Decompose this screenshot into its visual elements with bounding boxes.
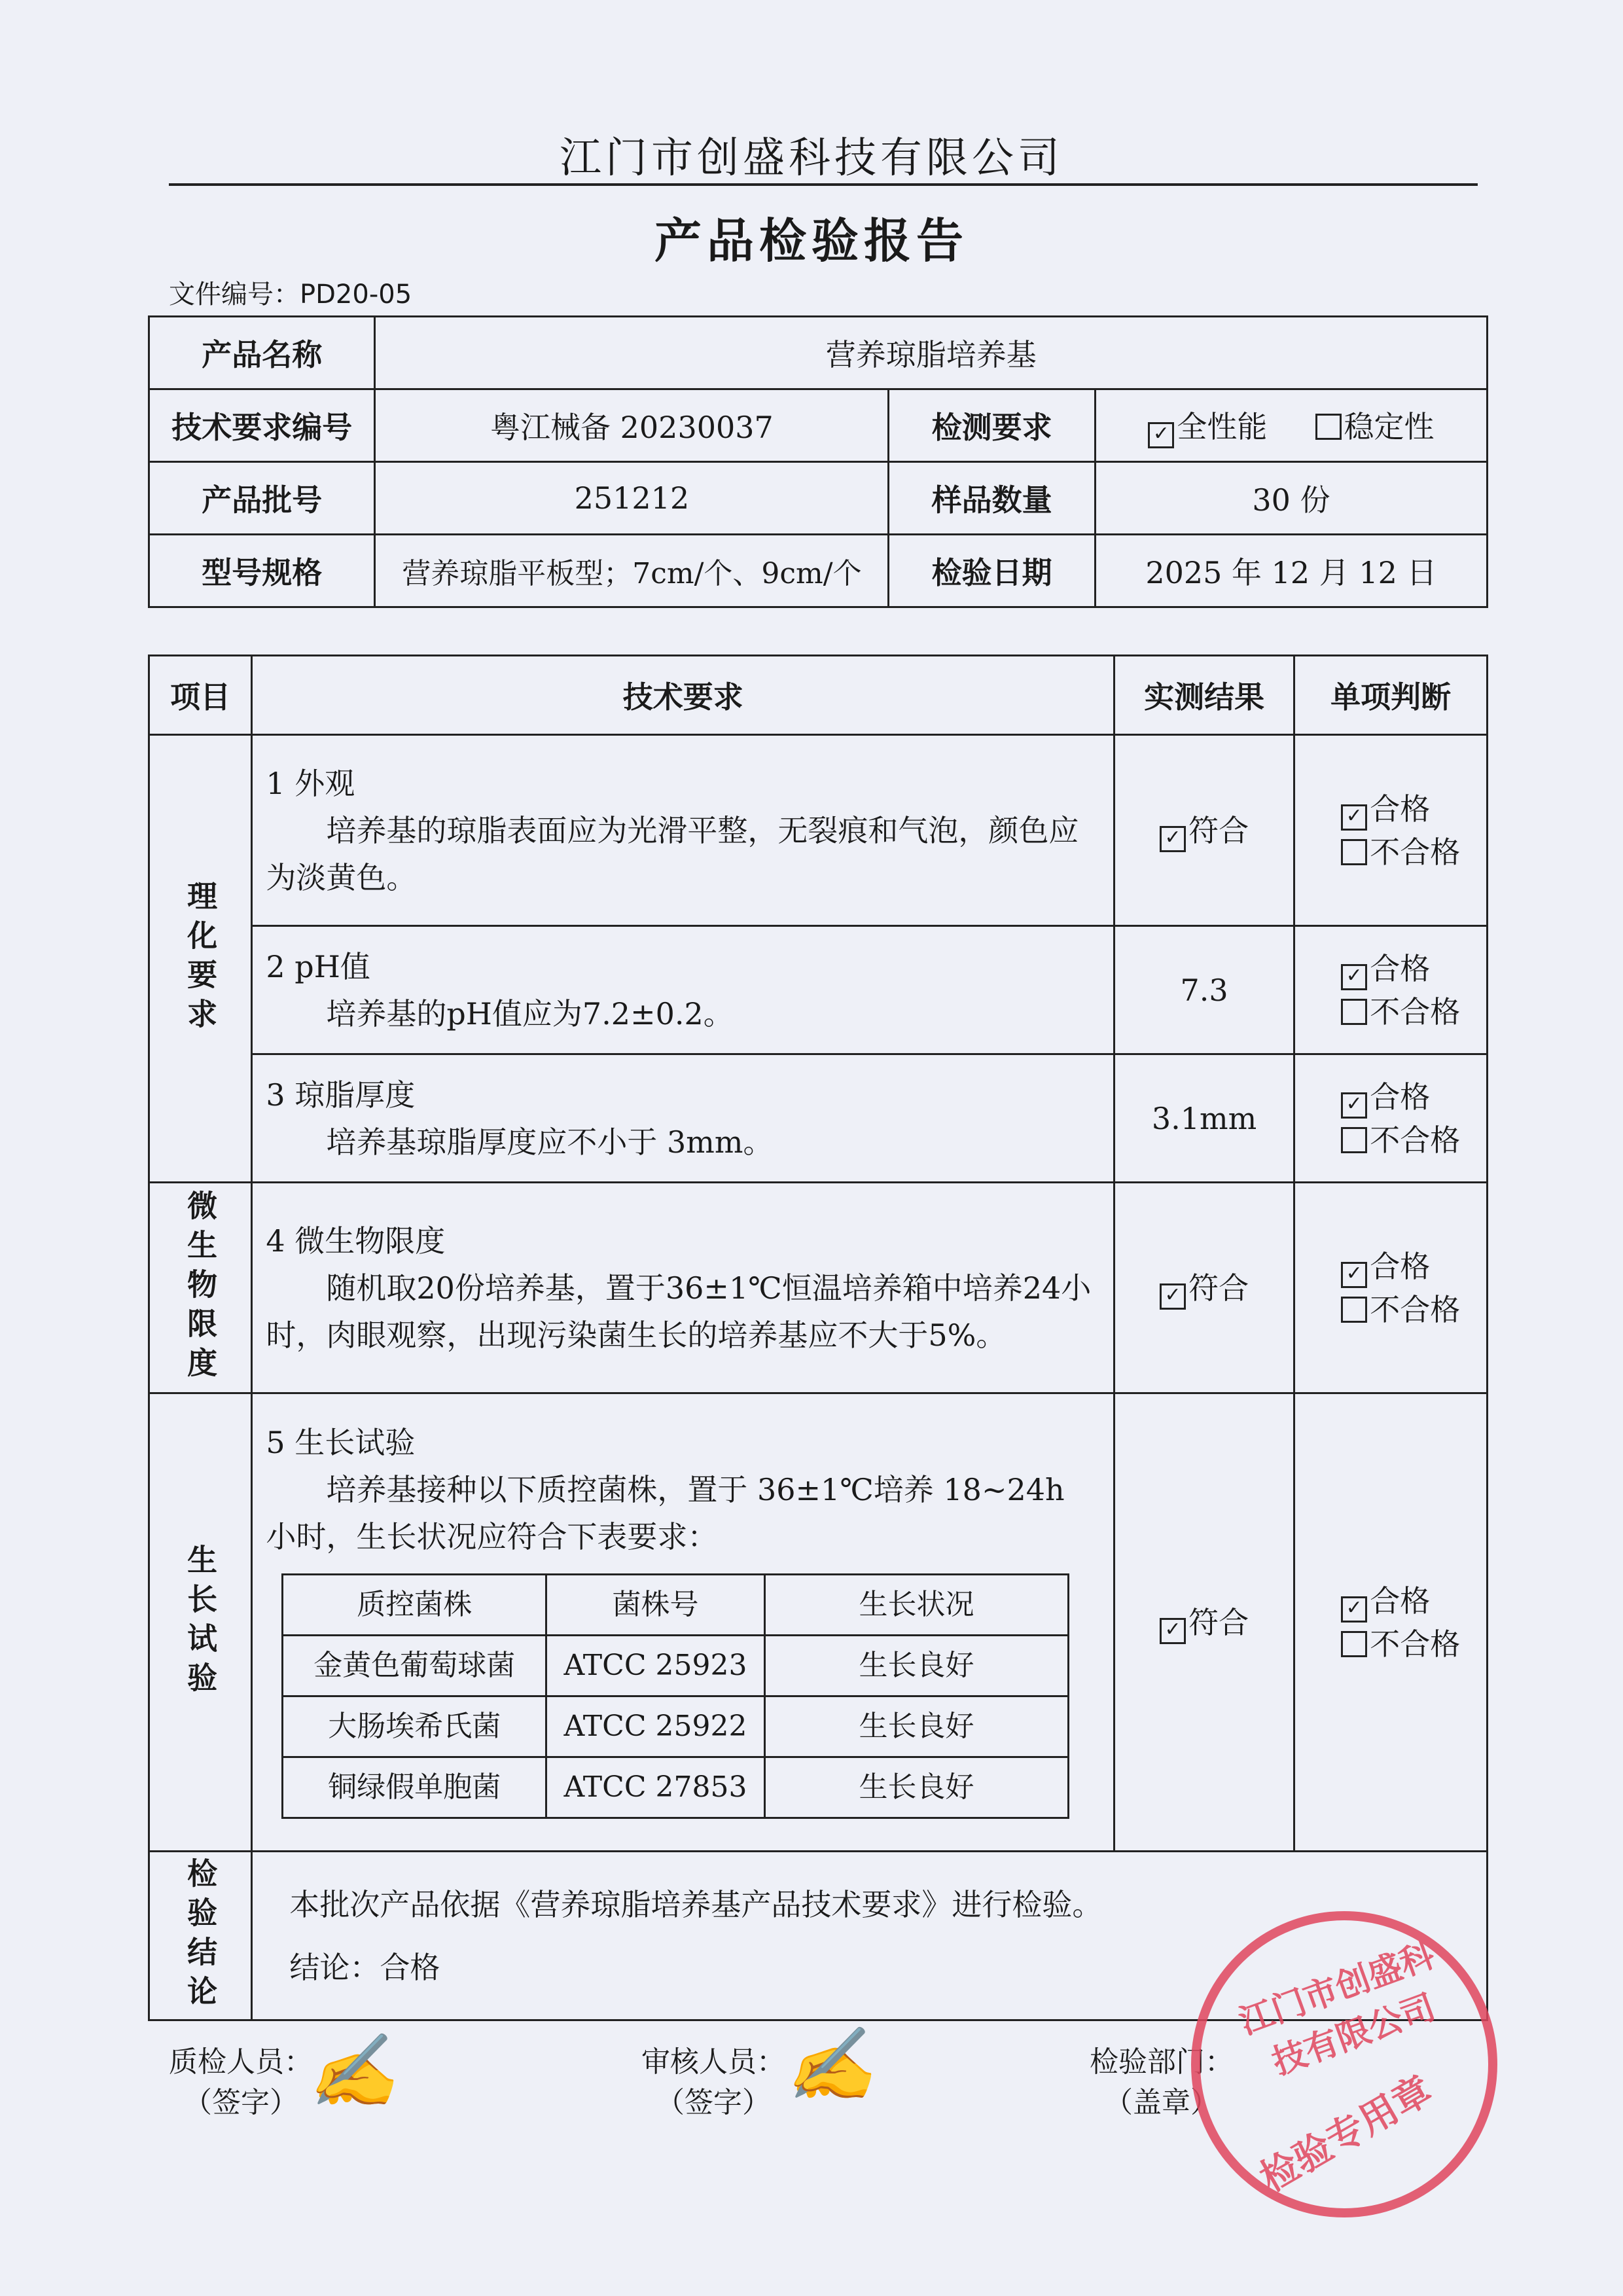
group-microbe-label: 微生物限度 bbox=[179, 1190, 222, 1386]
strain-col-id: 菌株号 bbox=[546, 1575, 764, 1636]
model-value: 营养琼脂平板型；7cm/个、9cm/个 bbox=[375, 535, 889, 607]
inspection-table: 项目 技术要求 实测结果 单项判断 理化要求 1 外观培养基的琼脂表面应为光滑平… bbox=[148, 655, 1488, 2021]
item-title: 1 外观 bbox=[266, 766, 355, 801]
group-conclusion-label: 检验结论 bbox=[179, 1857, 222, 2015]
stability-label: 稳定性 bbox=[1344, 409, 1435, 444]
pass-checkbox[interactable]: ✓ bbox=[1341, 1596, 1367, 1623]
doc-no-value: PD20-05 bbox=[300, 279, 412, 310]
group-conclusion: 检验结论 bbox=[149, 1852, 252, 2020]
result-value: 符合 bbox=[1188, 1270, 1249, 1306]
doc-no-label: 文件编号： bbox=[169, 279, 300, 310]
document-number: 文件编号：PD20-05 bbox=[169, 274, 412, 311]
reviewer-label: 审核人员： bbox=[641, 2042, 785, 2083]
test-req-label: 检测要求 bbox=[889, 389, 1095, 462]
result-checkbox[interactable]: ✓ bbox=[1160, 1283, 1186, 1310]
test-date-value: 2025 年 12 月 12 日 bbox=[1095, 535, 1487, 607]
item-title: 4 微生物限度 bbox=[266, 1223, 445, 1259]
inspection-header-row: 项目 技术要求 实测结果 单项判断 bbox=[149, 656, 1488, 735]
result-value: 符合 bbox=[1188, 1605, 1249, 1640]
item-row-growth: 生长试验 5 生长试验 培养基接种以下质控菌株，置于 36±1℃培养 18~24… bbox=[149, 1393, 1488, 1852]
fail-checkbox[interactable] bbox=[1341, 1127, 1367, 1153]
strain-row: 大肠埃希氏菌 ATCC 25922 生长良好 bbox=[283, 1696, 1069, 1757]
company-stamp: 江门市创盛科技有限公司 检验专用章 bbox=[1191, 1911, 1497, 2217]
test-req-options: ✓全性能 稳定性 bbox=[1095, 389, 1487, 462]
header-rule bbox=[169, 183, 1478, 186]
col-header-requirement: 技术要求 bbox=[252, 656, 1115, 735]
fail-checkbox[interactable] bbox=[1341, 1297, 1367, 1323]
fail-label: 不合格 bbox=[1370, 1122, 1460, 1158]
item-row-thickness: 3 琼脂厚度培养基琼脂厚度应不小于 3mm。 3.1mm ✓合格 不合格 bbox=[149, 1054, 1488, 1183]
tech-req-no-label: 技术要求编号 bbox=[149, 389, 375, 462]
reviewer-signature: ✍ bbox=[785, 2022, 875, 2107]
group-physchem: 理化要求 bbox=[149, 735, 252, 1183]
company-name: 江门市创盛科技有限公司 bbox=[0, 124, 1623, 185]
strain-header-row: 质控菌株 菌株号 生长状况 bbox=[283, 1575, 1069, 1636]
pass-label: 合格 bbox=[1370, 791, 1430, 827]
strain-col-name: 质控菌株 bbox=[283, 1575, 546, 1636]
model-label: 型号规格 bbox=[149, 535, 375, 607]
result-value: 符合 bbox=[1188, 813, 1249, 848]
product-name-label: 产品名称 bbox=[149, 317, 375, 389]
result-value: 7.3 bbox=[1115, 926, 1294, 1054]
item-desc: 培养基的pH值应为7.2±0.2。 bbox=[266, 990, 1100, 1037]
pass-checkbox[interactable]: ✓ bbox=[1341, 1262, 1367, 1288]
inspector-signature: ✍ bbox=[308, 2029, 397, 2113]
reviewer-sub: （签字） bbox=[641, 2083, 785, 2123]
item-row-appearance: 理化要求 1 外观培养基的琼脂表面应为光滑平整，无裂痕和气泡，颜色应为淡黄色。 … bbox=[149, 735, 1488, 926]
pass-label: 合格 bbox=[1370, 1079, 1430, 1115]
pass-label: 合格 bbox=[1370, 1249, 1430, 1284]
product-name-value: 营养琼脂培养基 bbox=[375, 317, 1488, 389]
sample-qty-label: 样品数量 bbox=[889, 462, 1095, 535]
sample-qty-value: 30 份 bbox=[1095, 462, 1487, 535]
col-header-result: 实测结果 bbox=[1115, 656, 1294, 735]
result-checkbox[interactable]: ✓ bbox=[1160, 826, 1186, 852]
item-desc: 随机取20份培养基，置于36±1℃恒温培养箱中培养24小时，肉眼观察，出现污染菌… bbox=[266, 1265, 1100, 1359]
stamp-ring-text: 江门市创盛科技有限公司 bbox=[1217, 1922, 1472, 2095]
group-microbe: 微生物限度 bbox=[149, 1183, 252, 1393]
fail-checkbox[interactable] bbox=[1341, 999, 1367, 1025]
fail-label: 不合格 bbox=[1370, 1292, 1460, 1327]
strain-row: 金黄色葡萄球菌 ATCC 25923 生长良好 bbox=[283, 1636, 1069, 1696]
reviewer-signature-block: 审核人员： （签字） bbox=[641, 2042, 785, 2123]
report-title: 产品检验报告 bbox=[0, 203, 1623, 271]
pass-checkbox[interactable]: ✓ bbox=[1341, 1092, 1367, 1119]
item-desc: 培养基接种以下质控菌株，置于 36±1℃培养 18~24h 小时，生长状况应符合… bbox=[266, 1466, 1100, 1560]
fail-label: 不合格 bbox=[1370, 1626, 1460, 1662]
inspector-sub: （签字） bbox=[169, 2083, 313, 2123]
tech-req-no-value: 粤江械备 20230037 bbox=[375, 389, 889, 462]
item-title: 5 生长试验 bbox=[266, 1425, 415, 1460]
item-row-ph: 2 pH值培养基的pH值应为7.2±0.2。 7.3 ✓合格 不合格 bbox=[149, 926, 1488, 1054]
col-header-item: 项目 bbox=[149, 656, 252, 735]
pass-checkbox[interactable]: ✓ bbox=[1341, 804, 1367, 831]
item-title: 3 琼脂厚度 bbox=[266, 1077, 415, 1113]
item-row-microbe: 微生物限度 4 微生物限度随机取20份培养基，置于36±1℃恒温培养箱中培养24… bbox=[149, 1183, 1488, 1393]
col-header-judgement: 单项判断 bbox=[1294, 656, 1488, 735]
info-row-batch: 产品批号 251212 样品数量 30 份 bbox=[149, 462, 1488, 535]
inspector-label: 质检人员： bbox=[169, 2042, 313, 2083]
fail-label: 不合格 bbox=[1370, 834, 1460, 870]
strain-table: 质控菌株 菌株号 生长状况 金黄色葡萄球菌 ATCC 25923 生长良好 大肠… bbox=[281, 1573, 1069, 1819]
group-physchem-label: 理化要求 bbox=[179, 880, 222, 1037]
strain-row: 铜绿假单胞菌 ATCC 27853 生长良好 bbox=[283, 1757, 1069, 1818]
stability-checkbox[interactable] bbox=[1315, 414, 1342, 440]
batch-label: 产品批号 bbox=[149, 462, 375, 535]
full-performance-label: 全性能 bbox=[1177, 409, 1267, 444]
result-checkbox[interactable]: ✓ bbox=[1160, 1618, 1186, 1644]
pass-label: 合格 bbox=[1370, 1583, 1430, 1619]
strain-col-growth: 生长状况 bbox=[764, 1575, 1069, 1636]
fail-checkbox[interactable] bbox=[1341, 839, 1367, 865]
product-info-table: 产品名称 营养琼脂培养基 技术要求编号 粤江械备 20230037 检测要求 ✓… bbox=[148, 315, 1488, 608]
pass-label: 合格 bbox=[1370, 951, 1430, 986]
result-value: 3.1mm bbox=[1115, 1054, 1294, 1183]
fail-label: 不合格 bbox=[1370, 994, 1460, 1030]
item-title: 2 pH值 bbox=[266, 949, 370, 984]
item-desc: 培养基琼脂厚度应不小于 3mm。 bbox=[266, 1119, 1100, 1166]
group-growth: 生长试验 bbox=[149, 1393, 252, 1852]
fail-checkbox[interactable] bbox=[1341, 1631, 1367, 1657]
test-date-label: 检验日期 bbox=[889, 535, 1095, 607]
info-row-product-name: 产品名称 营养琼脂培养基 bbox=[149, 317, 1488, 389]
group-growth-label: 生长试验 bbox=[179, 1544, 222, 1701]
inspector-signature-block: 质检人员： （签字） bbox=[169, 2042, 313, 2123]
pass-checkbox[interactable]: ✓ bbox=[1341, 964, 1367, 990]
item-desc: 培养基的琼脂表面应为光滑平整，无裂痕和气泡，颜色应为淡黄色。 bbox=[266, 807, 1100, 901]
full-performance-checkbox[interactable]: ✓ bbox=[1148, 422, 1174, 448]
info-row-model: 型号规格 营养琼脂平板型；7cm/个、9cm/个 检验日期 2025 年 12 … bbox=[149, 535, 1488, 607]
batch-value: 251212 bbox=[375, 462, 889, 535]
info-row-tech-req: 技术要求编号 粤江械备 20230037 检测要求 ✓全性能 稳定性 bbox=[149, 389, 1488, 462]
